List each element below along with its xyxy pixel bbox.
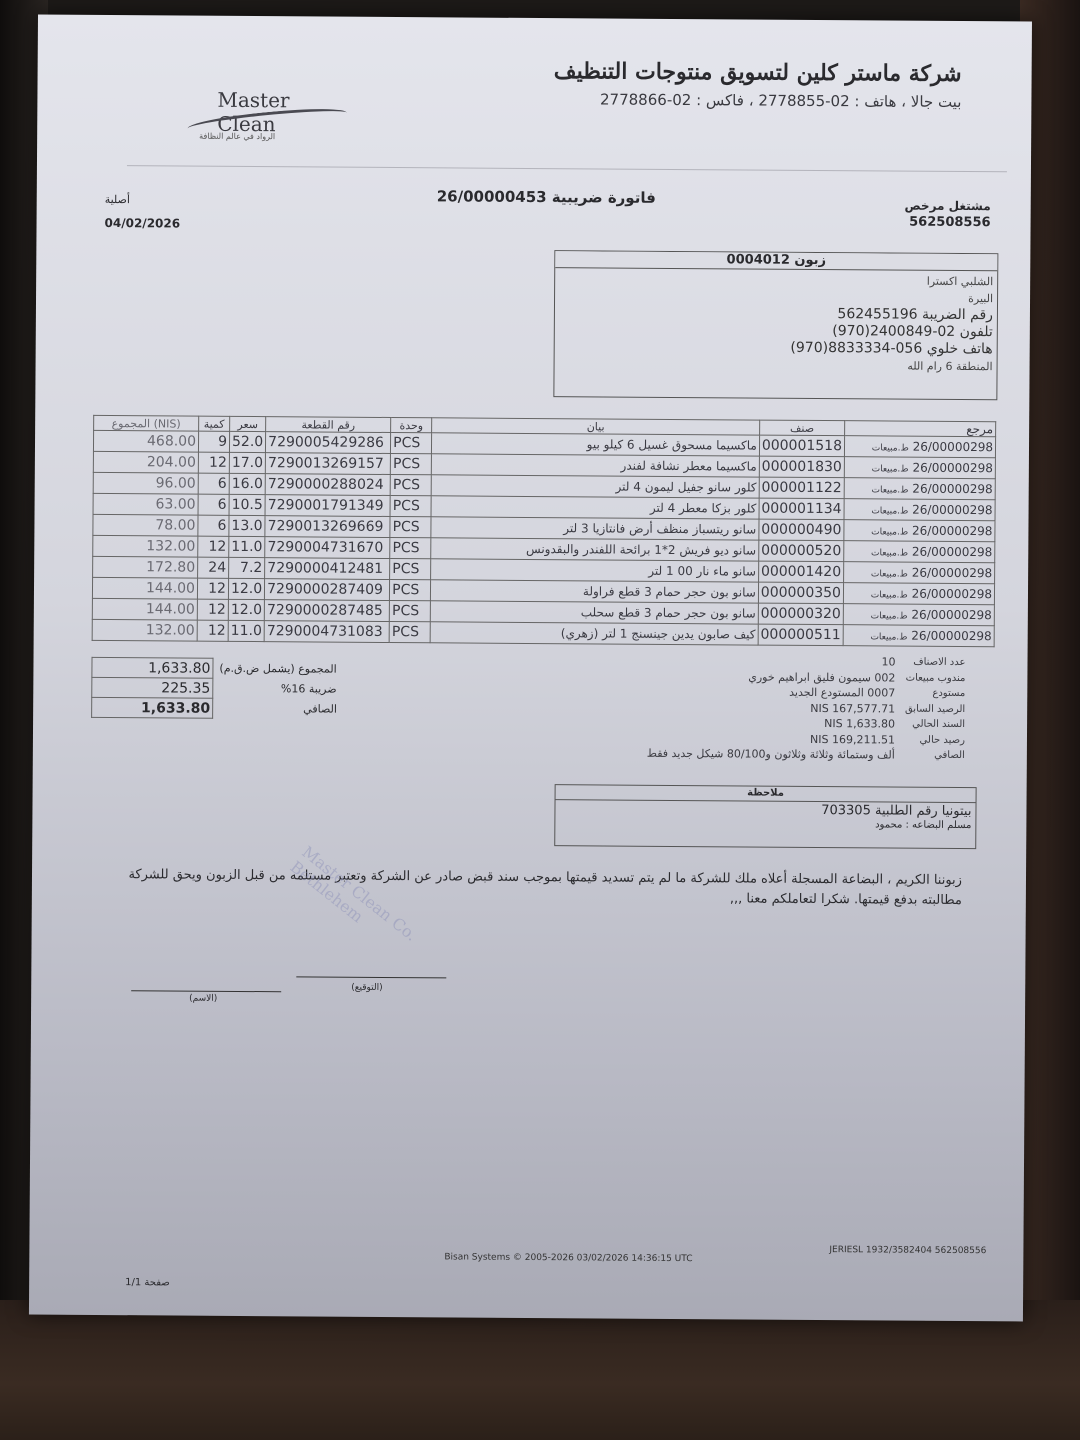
- row-part-number: 7290004731670: [265, 537, 390, 559]
- row-total: 132.00: [93, 535, 198, 557]
- summary-value: 10: [881, 654, 895, 670]
- signature-name-label: (الاسم): [189, 994, 217, 1004]
- note-line-receiver: مسلم البضاعه : محمود: [559, 816, 971, 833]
- row-part-number: 7290000287485: [264, 600, 389, 622]
- licensed-dealer-label: مشتغل مرخص: [905, 199, 991, 214]
- row-reference-number: 26/00000298: [911, 629, 991, 644]
- terms-statement: زبوننا الكريم ، البضاعة المسجلة أعلاه مل…: [112, 865, 962, 911]
- row-price: 16.0: [229, 473, 265, 494]
- row-total: 468.00: [93, 430, 198, 452]
- row-reference-label: ط.مبيعات: [871, 548, 908, 558]
- row-reference-label: ط.مبيعات: [872, 443, 909, 453]
- row-qty: 12: [198, 452, 229, 473]
- row-sku: 000001420: [758, 561, 843, 583]
- subtotal-value: 1,633.80: [92, 657, 213, 678]
- net-value: 1,633.80: [92, 697, 213, 718]
- original-label: أصلية: [105, 193, 130, 206]
- row-part-number: 7290000287409: [265, 579, 390, 601]
- row-reference: 26/00000298 ط.مبيعات: [843, 625, 994, 647]
- col-total: المجموع (NIS): [94, 415, 199, 431]
- header-divider: [127, 165, 1007, 172]
- row-reference-label: ط.مبيعات: [871, 527, 908, 537]
- summary-value: 0007 المستودع الجديد: [789, 685, 895, 701]
- items-table: المجموع (NIS) كمية سعر رقم القطعة وحدة ب…: [92, 415, 997, 647]
- row-description: سانو بون حجر حمام 3 قطع فراولة: [431, 580, 759, 603]
- subtotal-label: المجموع (يشمل ض.ق.م): [213, 658, 339, 679]
- row-price: 7.2: [229, 557, 265, 578]
- col-qty: كمية: [199, 416, 230, 431]
- row-qty: 6: [198, 515, 229, 536]
- row-total: 144.00: [92, 598, 197, 620]
- tax-label: ضريبة 16%: [213, 678, 339, 699]
- row-price: 11.0: [229, 536, 265, 557]
- summary-key: مندوب مبيعات: [903, 670, 965, 686]
- company-name: شركة ماستر كلين لتسويق منتوجات التنظيف: [554, 58, 962, 87]
- row-price: 10.5: [229, 494, 265, 515]
- row-qty: 9: [198, 431, 229, 452]
- row-qty: 12: [198, 536, 229, 557]
- row-part-number: 7290000288024: [265, 474, 390, 496]
- row-sku: 000000320: [758, 603, 843, 625]
- row-reference-label: ط.مبيعات: [871, 569, 908, 579]
- row-description: سانو ريتسباز منظف أرض فانتازيا 3 لتر: [431, 517, 759, 540]
- page-number: صفحة 1/1: [125, 1277, 170, 1288]
- row-qty: 6: [198, 494, 229, 515]
- summary-value: ألف وستمائة وثلاثة وثلاثون و80/100 شيكل …: [647, 746, 895, 763]
- row-total: 204.00: [93, 451, 198, 473]
- invoice-title: فاتورة ضريبية 26/00000453: [437, 187, 656, 207]
- row-total: 132.00: [92, 619, 197, 641]
- row-reference: 26/00000298 ط.مبيعات: [844, 457, 995, 479]
- row-unit: PCS: [390, 454, 431, 475]
- row-part-number: 7290004731083: [264, 621, 389, 643]
- row-part-number: 7290013269157: [265, 453, 390, 475]
- customer-details: الشلبي اكسترا البيرة رقم الضريبة 5624551…: [555, 268, 998, 377]
- row-reference: 26/00000298 ط.مبيعات: [844, 499, 995, 521]
- row-description: كيف صابون يدين جينسنج 1 لتر (زهري): [430, 622, 758, 645]
- row-total: 63.00: [93, 493, 198, 515]
- row-description: ماكسيما معطر نشافة لفندر: [431, 454, 759, 477]
- summary-row: الصافيألف وستمائة وثلاثة وثلاثون و80/100…: [645, 746, 965, 764]
- row-unit: PCS: [389, 600, 430, 621]
- row-unit: PCS: [390, 559, 431, 580]
- row-description: سانو ماء نار 00 1 لتر: [431, 559, 759, 582]
- row-unit: PCS: [390, 517, 431, 538]
- row-reference-number: 26/00000298: [912, 461, 992, 476]
- row-unit: PCS: [391, 433, 432, 454]
- row-total: 78.00: [93, 514, 198, 536]
- signature-sign-label: (التوقيع): [351, 983, 383, 993]
- col-sku: صنف: [759, 420, 844, 436]
- row-unit: PCS: [390, 579, 431, 600]
- note-box: ملاحظة بيتونيا رقم الطلبية 703305 مسلم ا…: [554, 784, 976, 849]
- row-description: ماكسيما مسحوق غسيل 6 كيلو بيو: [432, 433, 760, 456]
- row-reference-number: 26/00000298: [912, 587, 992, 602]
- row-sku: 000001830: [759, 456, 844, 478]
- row-unit: PCS: [389, 621, 430, 642]
- row-reference-number: 26/00000298: [912, 482, 992, 497]
- logo-tagline: الرواد في عالم النظافة: [199, 132, 275, 142]
- code-footer: JERIESL 1932/3582404 562508556: [829, 1245, 986, 1256]
- row-qty: 6: [198, 473, 229, 494]
- row-sku: 000001122: [759, 477, 844, 499]
- row-reference-number: 26/00000298: [912, 545, 992, 560]
- company-logo: Master Clean الرواد في عالم النظافة: [187, 88, 347, 149]
- row-reference-number: 26/00000298: [912, 524, 992, 539]
- summary-value: NIS 1,633.80: [824, 716, 895, 732]
- invoice-date: 04/02/2026: [105, 216, 181, 231]
- row-reference-label: ط.مبيعات: [871, 611, 908, 621]
- row-qty: 12: [197, 620, 228, 641]
- row-price: 12.0: [228, 599, 264, 620]
- summary-value: 002 سيمون فليق ابراهيم خوري: [748, 669, 895, 686]
- summary-value: NIS 167,577.71: [810, 700, 895, 716]
- row-reference: 26/00000298 ط.مبيعات: [844, 436, 995, 458]
- row-reference-number: 26/00000298: [912, 503, 992, 518]
- row-sku: 000000511: [758, 624, 843, 646]
- row-qty: 12: [197, 578, 228, 599]
- summary-key: مستودع: [903, 686, 965, 702]
- row-reference-label: ط.مبيعات: [872, 464, 909, 474]
- licensed-dealer-number: 562508556: [909, 215, 991, 231]
- company-contact: بيت جالا ، هاتف : 02-2778855 ، فاكس : 02…: [600, 90, 962, 111]
- row-price: 13.0: [229, 515, 265, 536]
- background-table-surface: [0, 1300, 1080, 1440]
- row-reference: 26/00000298 ط.مبيعات: [844, 562, 995, 584]
- row-price: 11.0: [228, 620, 264, 641]
- row-total: 144.00: [92, 577, 197, 599]
- system-footer: Bisan Systems © 2005-2026 03/02/2026 14:…: [444, 1252, 692, 1264]
- row-unit: PCS: [390, 538, 431, 559]
- row-description: سانو ديو فريش 2*1 برائحة اللفندر والبقدو…: [431, 538, 759, 561]
- summary-key: عدد الاصناف: [903, 655, 965, 671]
- row-reference-number: 26/00000298: [911, 608, 991, 623]
- row-reference-label: ط.مبيعات: [871, 506, 908, 516]
- summary-key: الصافي: [903, 748, 965, 764]
- invoice-paper: شركة ماستر كلين لتسويق منتوجات التنظيف ب…: [29, 15, 1032, 1322]
- row-description: كلور بزكا معطر 4 لتر: [431, 496, 759, 519]
- col-price: سعر: [230, 416, 266, 431]
- row-reference-label: ط.مبيعات: [871, 590, 908, 600]
- customer-area: المنطقة 6 رام الله: [559, 355, 993, 375]
- row-reference: 26/00000298 ط.مبيعات: [843, 583, 994, 605]
- tax-value: 225.35: [92, 677, 213, 698]
- row-reference: 26/00000298 ط.مبيعات: [844, 478, 995, 500]
- col-ref: مرجع: [845, 421, 996, 437]
- row-reference-number: 26/00000298: [913, 440, 993, 455]
- signature-line-name: [131, 990, 281, 992]
- row-part-number: 7290000412481: [265, 558, 390, 580]
- row-reference: 26/00000298 ط.مبيعات: [844, 520, 995, 542]
- row-reference-number: 26/00000298: [912, 566, 992, 581]
- net-label: الصافي: [213, 698, 339, 719]
- row-reference-label: ط.مبيعات: [870, 632, 907, 642]
- col-part: رقم القطعة: [266, 417, 391, 433]
- row-sku: 000000520: [759, 540, 844, 562]
- summary-key: الرصيد السابق: [903, 701, 965, 717]
- row-description: سانو بون حجر حمام 3 قطع سحلب: [430, 601, 758, 624]
- row-unit: PCS: [390, 475, 431, 496]
- row-sku: 000000350: [758, 582, 843, 604]
- row-price: 12.0: [228, 578, 264, 599]
- customer-box: زبون 0004012 الشلبي اكسترا البيرة رقم ال…: [553, 250, 998, 400]
- row-part-number: 7290005429286: [266, 432, 391, 454]
- row-sku: 000001134: [759, 498, 844, 520]
- row-total: 96.00: [93, 472, 198, 494]
- row-qty: 24: [198, 557, 229, 578]
- invoice-summary: عدد الاصناف10مندوب مبيعات002 سيمون فليق …: [645, 653, 966, 764]
- row-part-number: 7290013269669: [265, 516, 390, 538]
- row-unit: PCS: [390, 496, 431, 517]
- row-description: كلور سانو جفيل ليمون 4 لتر: [431, 475, 759, 498]
- col-unit: وحدة: [391, 418, 432, 433]
- totals-table: 1,633.80 المجموع (يشمل ض.ق.م) 225.35 ضري…: [91, 657, 340, 720]
- row-price: 52.0: [229, 431, 265, 452]
- summary-value: NIS 169,211.51: [810, 731, 895, 747]
- row-qty: 12: [197, 599, 228, 620]
- row-price: 17.0: [229, 452, 265, 473]
- summary-key: رصيد حالي: [903, 732, 965, 748]
- row-sku: 000000490: [759, 519, 844, 541]
- row-reference: 26/00000298 ط.مبيعات: [843, 604, 994, 626]
- row-reference-label: ط.مبيعات: [871, 485, 908, 495]
- row-sku: 000001518: [759, 435, 844, 457]
- row-total: 172.80: [93, 556, 198, 578]
- row-reference: 26/00000298 ط.مبيعات: [844, 541, 995, 563]
- summary-key: السند الحالي: [903, 717, 965, 733]
- note-content: بيتونيا رقم الطلبية 703305 مسلم البضاعه …: [555, 800, 975, 835]
- row-part-number: 7290001791349: [265, 495, 390, 517]
